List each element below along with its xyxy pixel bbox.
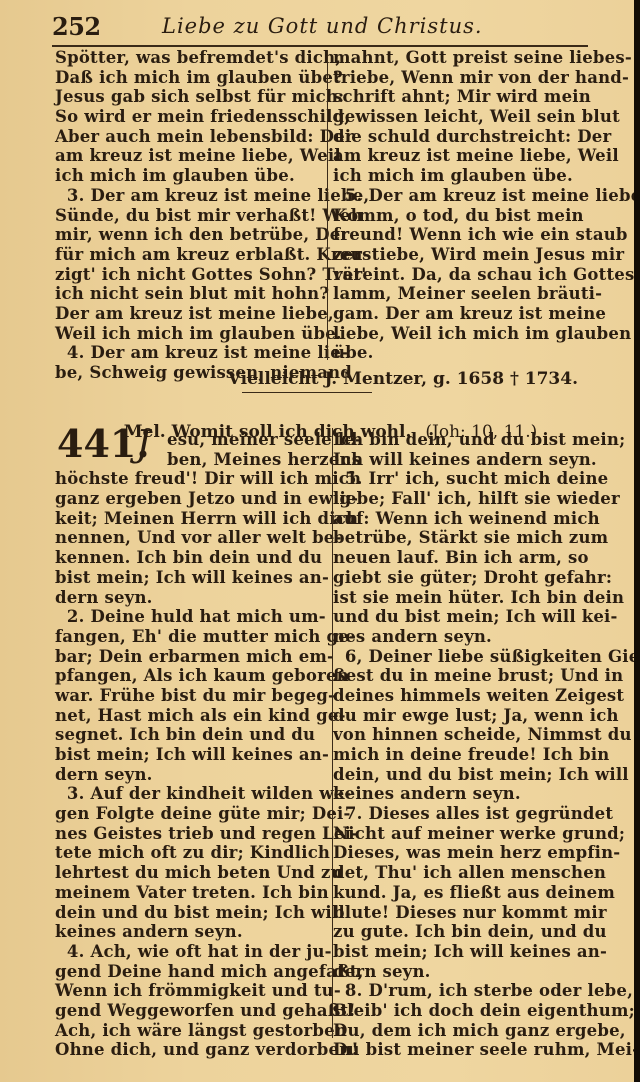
text-line: ist sie mein hüter. Ich bin dein xyxy=(333,588,640,608)
text-line: lamm, Meiner seelen bräuti- xyxy=(333,284,640,304)
text-line: neuen lauf. Bin ich arm, so xyxy=(333,548,640,568)
text-line: Ich bin dein, und du bist mein; xyxy=(333,430,640,450)
text-line: triebe, Wenn mir von der hand- xyxy=(333,68,640,88)
text-line: ich mich im glauben übe. xyxy=(55,166,370,186)
text-line: 3. Auf der kindheit wilden we- xyxy=(55,784,364,804)
text-line: nes andern seyn. xyxy=(333,627,640,647)
hymn-right-column: Ich bin dein, und du bist mein;Ich will … xyxy=(333,430,640,1060)
text-line: segnet. Ich bin dein und du xyxy=(55,725,364,745)
text-line: höchste freud'! Dir will ich mich xyxy=(55,469,364,489)
text-line: freund! Wenn ich wie ein staub xyxy=(333,225,640,245)
text-line: Bleib' ich doch dein eigenthum; xyxy=(333,1001,640,1021)
text-line: vereint. Da, da schau ich Gottes xyxy=(333,265,640,285)
text-line: bist mein; Ich will keines an- xyxy=(333,942,640,962)
text-line: net, Hast mich als ein kind ge- xyxy=(55,706,364,726)
running-head: Liebe zu Gott und Christus. xyxy=(162,14,483,38)
text-line: dein und du bist mein; Ich will xyxy=(55,903,364,923)
text-line: 5. Irr' ich, sucht mich deine xyxy=(333,469,640,489)
text-line: mich in deine freude! Ich bin xyxy=(333,745,640,765)
text-line: Daß ich mich im glauben übe? xyxy=(55,68,370,88)
text-line: ganz ergeben Jetzo und in ewig- xyxy=(55,489,364,509)
text-line: esu, meiner seele le- xyxy=(55,430,364,450)
text-line: Dieses, was mein herz empfin- xyxy=(333,843,640,863)
text-line: 2. Deine huld hat mich um- xyxy=(55,607,364,627)
text-line: und du bist mein; Ich will kei- xyxy=(333,607,640,627)
text-line: bist mein; Ich will keines an- xyxy=(55,568,364,588)
text-line: ßest du in meine brust; Und in xyxy=(333,666,640,686)
text-line: gend Deine hand mich angefaßt, xyxy=(55,962,364,982)
text-line: auf: Wenn ich weinend mich xyxy=(333,509,640,529)
text-line: bist mein; Ich will keines an- xyxy=(55,745,364,765)
text-line: am kreuz ist meine liebe, Weil xyxy=(333,146,640,166)
text-line: 7. Dieses alles ist gegründet xyxy=(333,804,640,824)
text-line: für mich am kreuz erblaßt. Kreu- xyxy=(55,245,370,265)
spine-shadow xyxy=(634,0,640,1082)
text-line: am kreuz ist meine liebe, Weil xyxy=(55,146,370,166)
text-line: liebe, Weil ich mich im glauben xyxy=(333,324,640,344)
text-line: zu gute. Ich bin dein, und du xyxy=(333,922,640,942)
text-line: schrift ahnt; Mir wird mein xyxy=(333,87,640,107)
text-line: dern seyn. xyxy=(55,588,364,608)
text-line: Sünde, du bist mir verhaßt! Weh xyxy=(55,206,370,226)
text-line: tete mich oft zu dir; Kindlich xyxy=(55,843,364,863)
text-line: giebt sie güter; Droht gefahr: xyxy=(333,568,640,588)
text-line: Du, dem ich mich ganz ergebe, xyxy=(333,1021,640,1041)
text-line: keines andern seyn. xyxy=(55,922,364,942)
text-line: übe. xyxy=(333,343,640,363)
text-line: lehrtest du mich beten Und zu xyxy=(55,863,364,883)
text-line: keines andern seyn. xyxy=(333,784,640,804)
text-line: So wird er mein friedensschild, xyxy=(55,107,370,127)
previous-hymn-right-column: mahnt, Gott preist seine liebes-triebe, … xyxy=(333,48,640,363)
book-page: 252 Liebe zu Gott und Christus. Spötter,… xyxy=(0,0,634,1082)
text-line: keit; Meinen Herrn will ich dich xyxy=(55,509,364,529)
text-line: nes Geistes trieb und regen Lei- xyxy=(55,824,364,844)
text-line: Ohne dich, und ganz verdorben! xyxy=(55,1040,364,1060)
text-line: bar; Dein erbarmen mich em- xyxy=(55,647,364,667)
text-line: Ich will keines andern seyn. xyxy=(333,450,640,470)
previous-hymn-left-column: Spötter, was befremdet's dich,Daß ich mi… xyxy=(55,48,370,383)
text-line: Der am kreuz ist meine liebe, xyxy=(55,304,370,324)
text-line: meinem Vater treten. Ich bin xyxy=(55,883,364,903)
text-line: gend Weggeworfen und gehaßt! xyxy=(55,1001,364,1021)
text-line: betrübe, Stärkt sie mich zum xyxy=(333,528,640,548)
text-line: gen Folgte deine güte mir; Dei- xyxy=(55,804,364,824)
text-line: Jesus gab sich selbst für mich: xyxy=(55,87,370,107)
text-line: mahnt, Gott preist seine liebes- xyxy=(333,48,640,68)
text-line: fangen, Eh' die mutter mich ge- xyxy=(55,627,364,647)
text-line: zigt' ich nicht Gottes Sohn? Trät' xyxy=(55,265,370,285)
text-line: dern seyn. xyxy=(55,765,364,785)
text-line: ben, Meines herzens xyxy=(55,450,364,470)
text-line: gewissen leicht, Weil sein blut xyxy=(333,107,640,127)
text-line: von hinnen scheide, Nimmst du xyxy=(333,725,640,745)
text-line: kund. Ja, es fließt aus deinem xyxy=(333,883,640,903)
text-line: dern seyn. xyxy=(333,962,640,982)
text-line: det, Thu' ich allen menschen xyxy=(333,863,640,883)
text-line: 4. Ach, wie oft hat in der ju- xyxy=(55,942,364,962)
text-line: du mir ewge lust; Ja, wenn ich xyxy=(333,706,640,726)
text-line: nennen, Und vor aller welt be- xyxy=(55,528,364,548)
text-line: 6, Deiner liebe süßigkeiten Gie- xyxy=(333,647,640,667)
text-line: dein, und du bist mein; Ich will xyxy=(333,765,640,785)
hymn-left-column: esu, meiner seele le-ben, Meines herzens… xyxy=(55,430,364,1060)
text-line: Du bist meiner seele ruhm, Mei- xyxy=(333,1040,640,1060)
text-line: ich nicht sein blut mit hohn? xyxy=(55,284,370,304)
text-line: liebe; Fall' ich, hilft sie wieder xyxy=(333,489,640,509)
page-header: 252 Liebe zu Gott und Christus. xyxy=(52,12,592,42)
section-rule xyxy=(242,392,372,393)
column-divider-top xyxy=(327,50,328,360)
text-line: kennen. Ich bin dein und du xyxy=(55,548,364,568)
text-line: mir, wenn ich den betrübe, Der xyxy=(55,225,370,245)
text-line: 5. Der am kreuz ist meine liebe, xyxy=(333,186,640,206)
text-line: 3. Der am kreuz ist meine liebe, xyxy=(55,186,370,206)
text-line: deines himmels weiten Zeigest xyxy=(333,686,640,706)
text-line: Komm, o tod, du bist mein xyxy=(333,206,640,226)
text-line: Spötter, was befremdet's dich, xyxy=(55,48,370,68)
page-number: 252 xyxy=(52,12,101,41)
text-line: zerstiebe, Wird mein Jesus mir xyxy=(333,245,640,265)
text-line: Weil ich mich im glauben übe. xyxy=(55,324,370,344)
text-line: war. Frühe bist du mir begeg- xyxy=(55,686,364,706)
header-rule xyxy=(52,45,588,47)
text-line: 8. D'rum, ich sterbe oder lebe, xyxy=(333,981,640,1001)
text-line: Ach, ich wäre längst gestorben xyxy=(55,1021,364,1041)
text-line: gam. Der am kreuz ist meine xyxy=(333,304,640,324)
text-line: Wenn ich frömmigkeit und tu- xyxy=(55,981,364,1001)
text-line: Aber auch mein lebensbild: Der xyxy=(55,127,370,147)
text-line: 4. Der am kreuz ist meine lie- xyxy=(55,343,370,363)
text-line: Nicht auf meiner werke grund; xyxy=(333,824,640,844)
text-line: ich mich im glauben übe. xyxy=(333,166,640,186)
text-line: pfangen, Als ich kaum geboren xyxy=(55,666,364,686)
author-attribution: Vielleicht J. Mentzer, g. 1658 † 1734. xyxy=(228,369,578,389)
text-line: die schuld durchstreicht: Der xyxy=(333,127,640,147)
text-line: blute! Dieses nur kommt mir xyxy=(333,903,640,923)
